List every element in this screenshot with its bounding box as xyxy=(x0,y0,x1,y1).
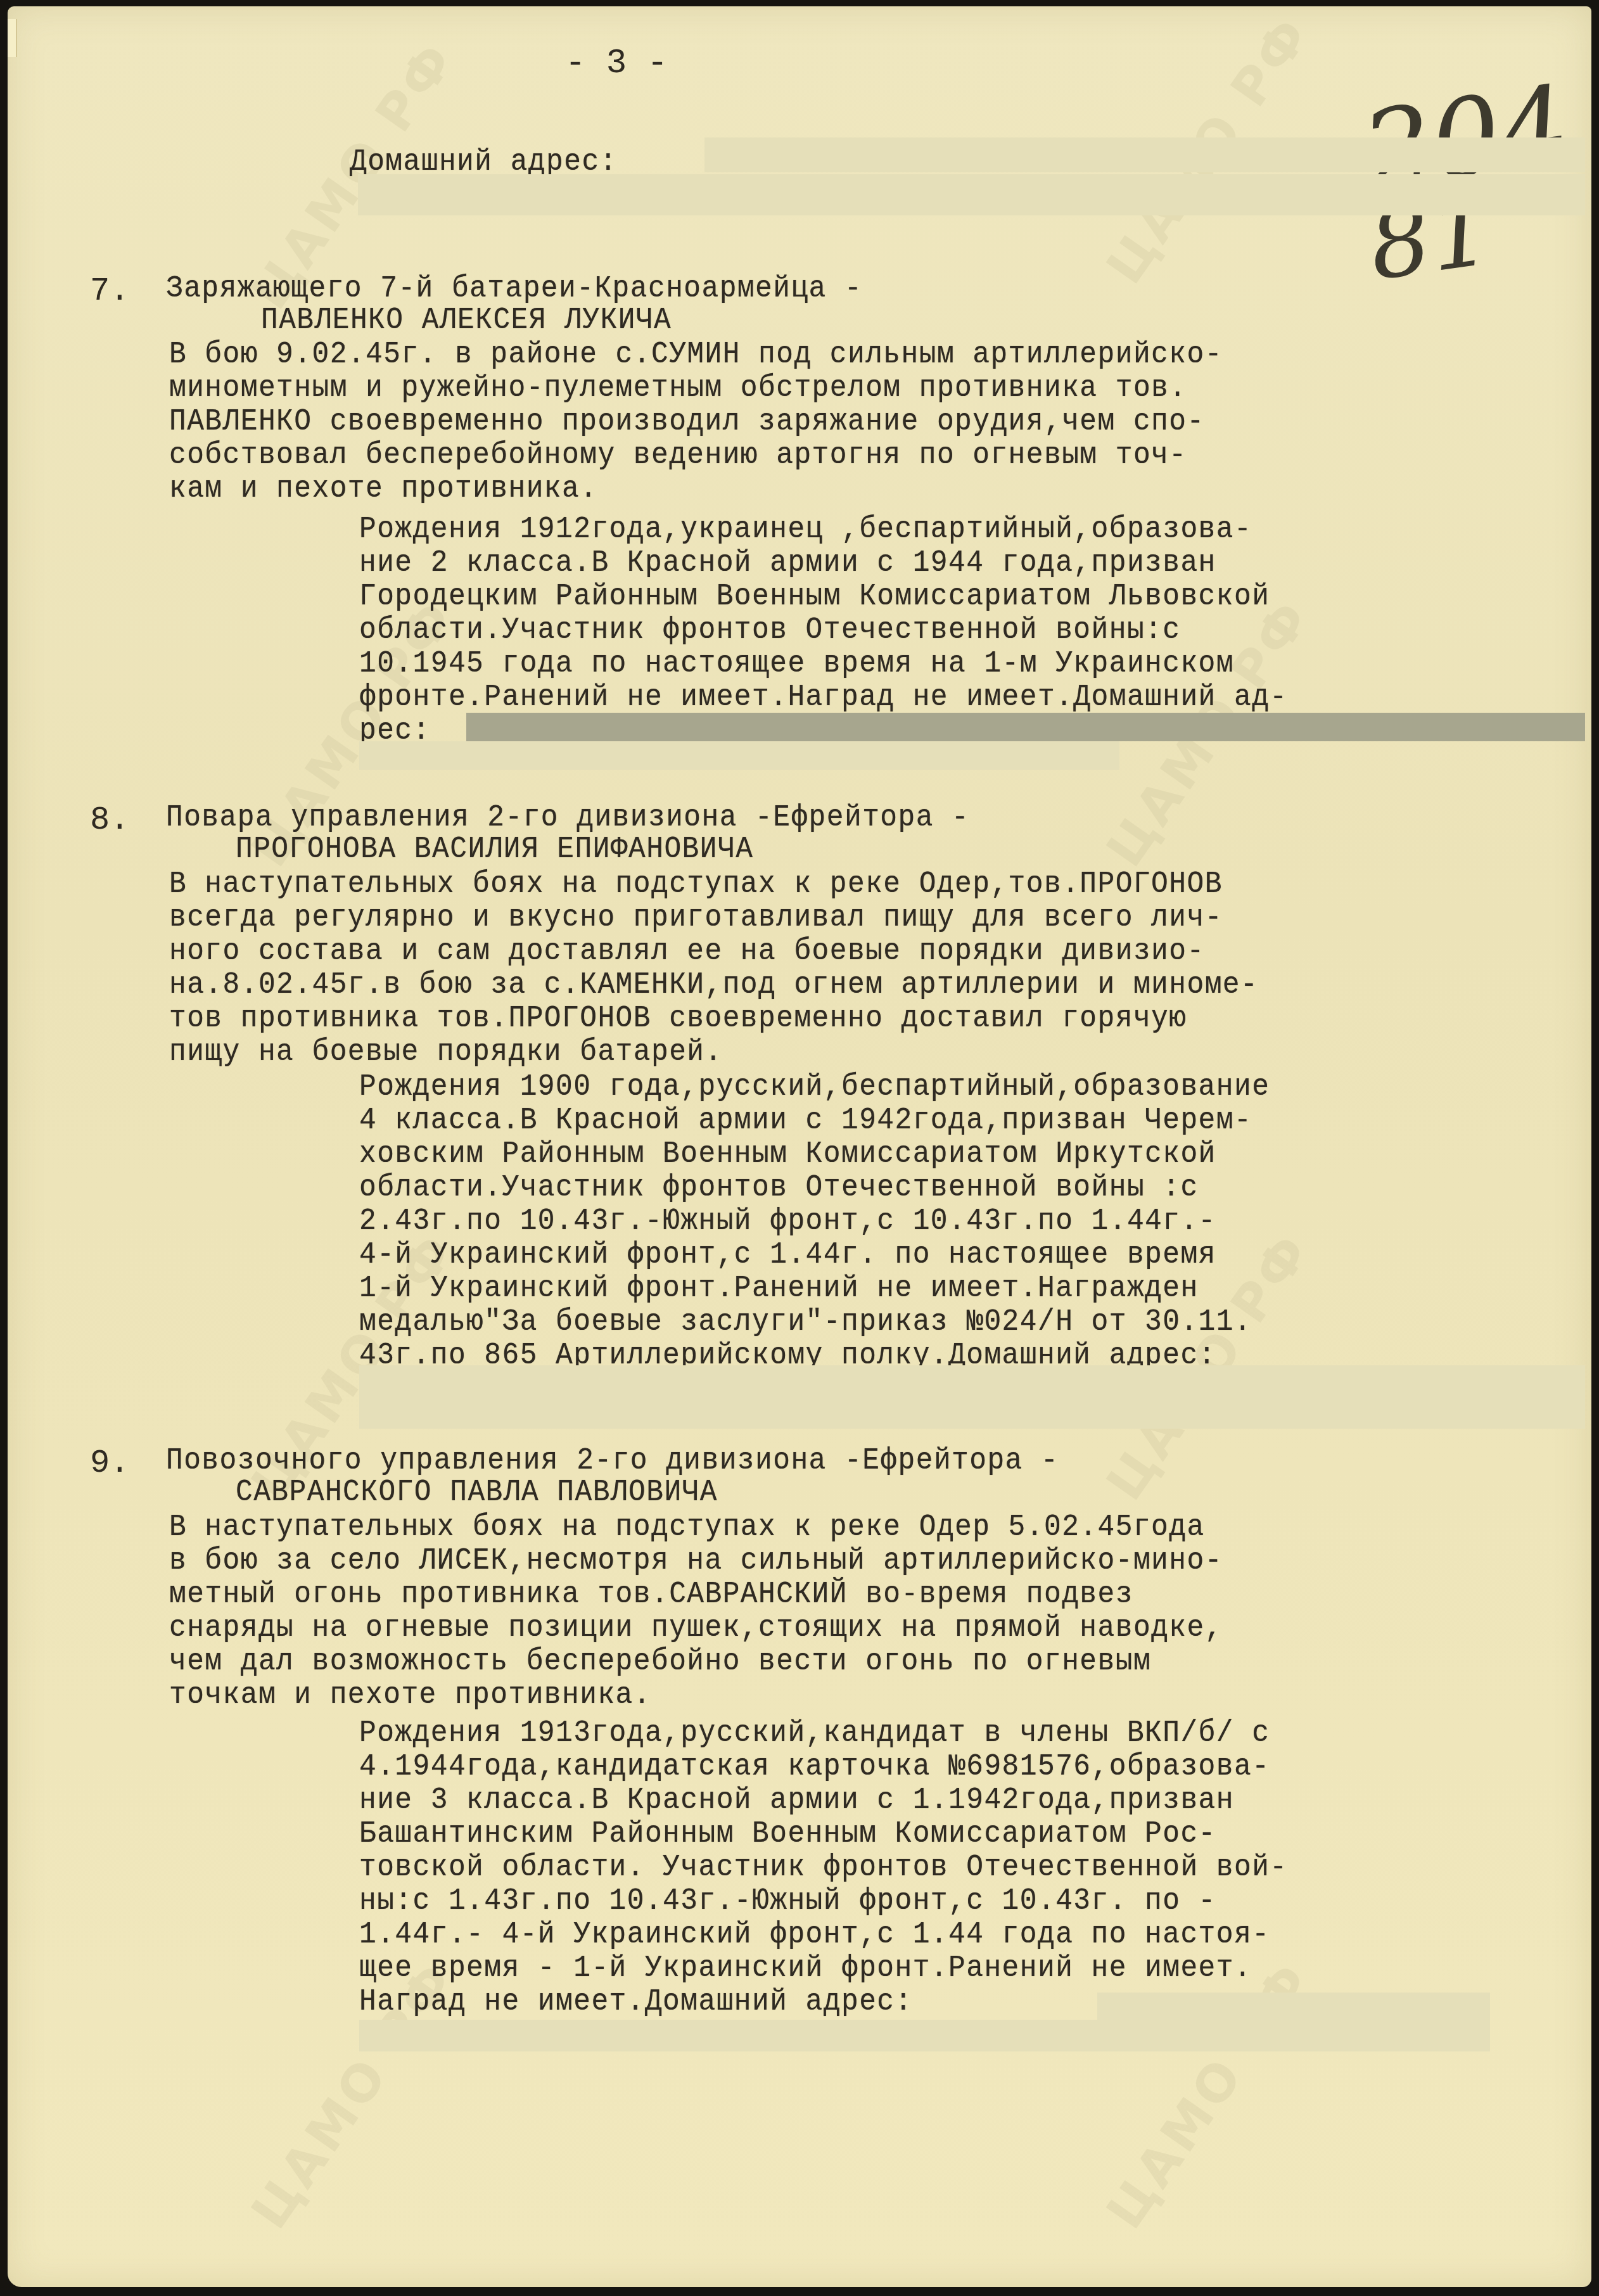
text-line: фронте.Ранений не имеет.Наград не имеет.… xyxy=(359,681,1288,715)
text-line: всегда регулярно и вкусно приготавливал … xyxy=(169,902,1258,935)
text-line: тов противника тов.ПРОГОНОВ своевременно… xyxy=(169,1002,1258,1036)
page-number: - 3 - xyxy=(565,44,668,83)
entry-bio: Рождения 1900 года,русский,беспартийный,… xyxy=(359,1071,1339,1373)
text-line: ние 3 класса.В Красной армии с 1.1942год… xyxy=(359,1784,1288,1818)
text-line: области.Участник фронтов Отечественной в… xyxy=(359,1171,1270,1205)
text-line: 1.44г.- 4-й Украинский фронт,с 1.44 года… xyxy=(359,1918,1288,1952)
text-line: щее время - 1-й Украинский фронт.Ранений… xyxy=(359,1952,1288,1986)
folded-corner xyxy=(8,19,17,57)
text-line: ПАВЛЕНКО своевременно производил заряжан… xyxy=(169,405,1223,439)
text-line: ние 2 класса.В Красной армии с 1944 года… xyxy=(359,547,1288,580)
text-line: медалью"За боевые заслуги"-приказ №024/Н… xyxy=(359,1306,1270,1339)
entry-description: В наступательных боях на подступах к рек… xyxy=(169,1511,1302,1712)
document-page: ЦАМО РФ ЦАМО РФ ЦАМО РФ ЦАМО РФ ЦАМО РФ … xyxy=(8,6,1591,2287)
redaction-bar xyxy=(359,1365,1585,1429)
text-line: Рождения 1900 года,русский,беспартийный,… xyxy=(359,1071,1270,1104)
text-line: Городецким Районным Военным Комиссариато… xyxy=(359,580,1288,614)
entry-description: В бою 9.02.45г. в районе с.СУМИН под сил… xyxy=(169,338,1302,506)
text-line: Рождения 1913года,русский,кандидат в чле… xyxy=(359,1717,1288,1751)
entry-number: 9. xyxy=(90,1445,129,1482)
entry-number: 7. xyxy=(90,272,129,310)
redaction-bar xyxy=(466,713,1585,741)
text-line: кам и пехоте противника. xyxy=(169,473,1223,506)
entry-title: Повозочного управления 2-го дивизиона -Е… xyxy=(166,1445,1059,1478)
entry-title: Заряжающего 7-й батареи-Красноармейца - xyxy=(166,272,862,306)
text-line: собствовал бесперебойному ведению артогн… xyxy=(169,439,1223,473)
text-line: области.Участник фронтов Отечественной в… xyxy=(359,614,1288,647)
entry-number: 8. xyxy=(90,801,129,839)
text-line: 10.1945 года по настоящее время на 1-м У… xyxy=(359,647,1288,681)
entry-title: Повара управления 2-го дивизиона -Ефрейт… xyxy=(166,801,969,835)
redaction-bar xyxy=(359,741,1119,770)
entry-description: В наступательных боях на подступах к рек… xyxy=(169,868,1341,1069)
redaction-bar xyxy=(704,137,1585,172)
redaction-bar xyxy=(359,2020,1490,2051)
entry-name: ПРОГОНОВА ВАСИЛИЯ ЕПИФАНОВИЧА xyxy=(236,833,753,867)
redaction-bar xyxy=(358,174,1585,215)
text-line: чем дал возможность бесперебойно вести о… xyxy=(169,1645,1223,1679)
text-line: 4.1944года,кандидатская карточка №698157… xyxy=(359,1751,1288,1784)
text-line: в бою за село ЛИСЕК,несмотря на сильный … xyxy=(169,1545,1223,1578)
text-line: В наступательных боях на подступах к рек… xyxy=(169,868,1258,902)
text-line: Башантинским Районным Военным Комиссариа… xyxy=(359,1818,1288,1851)
text-line: ны:с 1.43г.по 10.43г.-Южный фронт,с 10.4… xyxy=(359,1885,1288,1918)
text-line: 4-й Украинский фронт,с 1.44г. по настоящ… xyxy=(359,1239,1270,1272)
text-line: 2.43г.по 10.43г.-Южный фронт,с 10.43г.по… xyxy=(359,1205,1270,1239)
text-line: В наступательных боях на подступах к рек… xyxy=(169,1511,1223,1545)
text-line: пищу на боевые порядки батарей. xyxy=(169,1036,1258,1069)
text-line: 1-й Украинский фронт.Ранений не имеет.На… xyxy=(359,1272,1270,1306)
text-line: метный огонь противника тов.САВРАНСКИЙ в… xyxy=(169,1578,1223,1612)
text-line: 4 класса.В Красной армии с 1942года,приз… xyxy=(359,1104,1270,1138)
text-line: товской области. Участник фронтов Отечес… xyxy=(359,1851,1288,1885)
entry-name: САВРАНСКОГО ПАВЛА ПАВЛОВИЧА xyxy=(236,1476,718,1510)
text-line: ного состава и сам доставлял ее на боевы… xyxy=(169,935,1258,969)
entry-bio: Рождения 1913года,русский,кандидат в чле… xyxy=(359,1717,1358,2019)
text-line: минометным и ружейно-пулеметным обстрело… xyxy=(169,372,1223,405)
text-line: точкам и пехоте противника. xyxy=(169,1679,1223,1712)
text-line: Рождения 1912года,украинец ,беспартийный… xyxy=(359,513,1288,547)
text-line: на.8.02.45г.в бою за с.КАМЕНКИ,под огнем… xyxy=(169,969,1258,1002)
text-line: В бою 9.02.45г. в районе с.СУМИН под сил… xyxy=(169,338,1223,372)
text-line: ховским Районным Военным Комиссариатом И… xyxy=(359,1138,1270,1171)
text-line: снаряды на огневые позиции пушек,стоящих… xyxy=(169,1612,1223,1645)
entry-name: ПАВЛЕНКО АЛЕКСЕЯ ЛУКИЧА xyxy=(261,304,672,338)
